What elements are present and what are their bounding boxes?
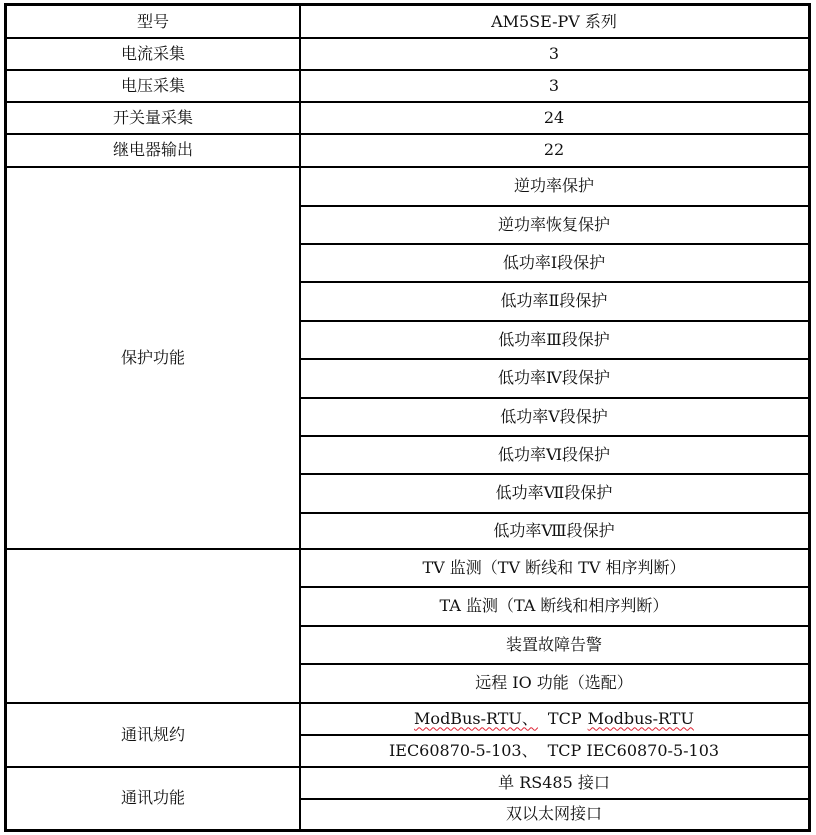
model-label: 型号 xyxy=(7,6,299,37)
protection-item: 低功率Ⅴ段保护 xyxy=(300,398,808,435)
protection-item: 低功率Ⅵ段保护 xyxy=(300,436,808,473)
protocol-tcp: TCP xyxy=(548,711,582,727)
protection-item: 低功率Ⅷ段保护 xyxy=(300,513,808,548)
protocol-tcp-iec103: TCP IEC60870-5-103 xyxy=(548,743,719,759)
voltage-acquisition-value: 3 xyxy=(300,70,808,101)
current-acquisition-value: 3 xyxy=(300,38,808,69)
voltage-acquisition-label: 电压采集 xyxy=(7,70,299,101)
protection-item: 低功率Ⅱ段保护 xyxy=(300,282,808,320)
monitoring-item: 远程 IO 功能（选配） xyxy=(300,664,808,702)
model-value: AM5SE-PV 系列 xyxy=(300,6,808,37)
spec-table: 型号 AM5SE-PV 系列 电流采集 3 电压采集 3 开关量采集 24 继电… xyxy=(4,3,811,832)
protection-item: 逆功率保护 xyxy=(300,167,808,205)
protection-item: 低功率Ⅶ段保护 xyxy=(300,474,808,512)
comm-item: 双以太网接口 xyxy=(300,799,808,829)
relay-output-label: 继电器输出 xyxy=(7,134,299,166)
monitoring-item: 装置故障告警 xyxy=(300,626,808,663)
protection-item: 逆功率恢复保护 xyxy=(300,206,808,243)
comm-item: 单 RS485 接口 xyxy=(300,767,808,798)
monitoring-item: TV 监测（TV 断线和 TV 相序判断） xyxy=(300,549,808,586)
protocol-item: IEC60870-5-103、 TCP IEC60870-5-103 xyxy=(300,735,808,766)
protection-item: 低功率Ⅰ段保护 xyxy=(300,244,808,281)
current-acquisition-label: 电流采集 xyxy=(7,38,299,69)
protocol-item: ModBus-RTU、 TCP Modbus-RTU xyxy=(300,703,808,734)
monitoring-item: TA 监测（TA 断线和相序判断） xyxy=(300,587,808,625)
protection-item: 低功率Ⅲ段保护 xyxy=(300,321,808,358)
switch-input-value: 24 xyxy=(300,102,808,133)
comm-label: 通讯功能 xyxy=(7,767,299,829)
protocol-modbus-rtu-tcp: Modbus-RTU xyxy=(588,711,694,727)
protocol-modbus-rtu: ModBus-RTU、 xyxy=(414,711,538,727)
monitoring-label xyxy=(7,549,299,702)
protection-item: 低功率Ⅳ段保护 xyxy=(300,359,808,397)
protocol-iec103: IEC60870-5-103、 xyxy=(389,743,538,759)
switch-input-label: 开关量采集 xyxy=(7,102,299,133)
protection-label: 保护功能 xyxy=(7,167,299,548)
relay-output-value: 22 xyxy=(300,134,808,166)
protocols-label: 通讯规约 xyxy=(7,703,299,766)
